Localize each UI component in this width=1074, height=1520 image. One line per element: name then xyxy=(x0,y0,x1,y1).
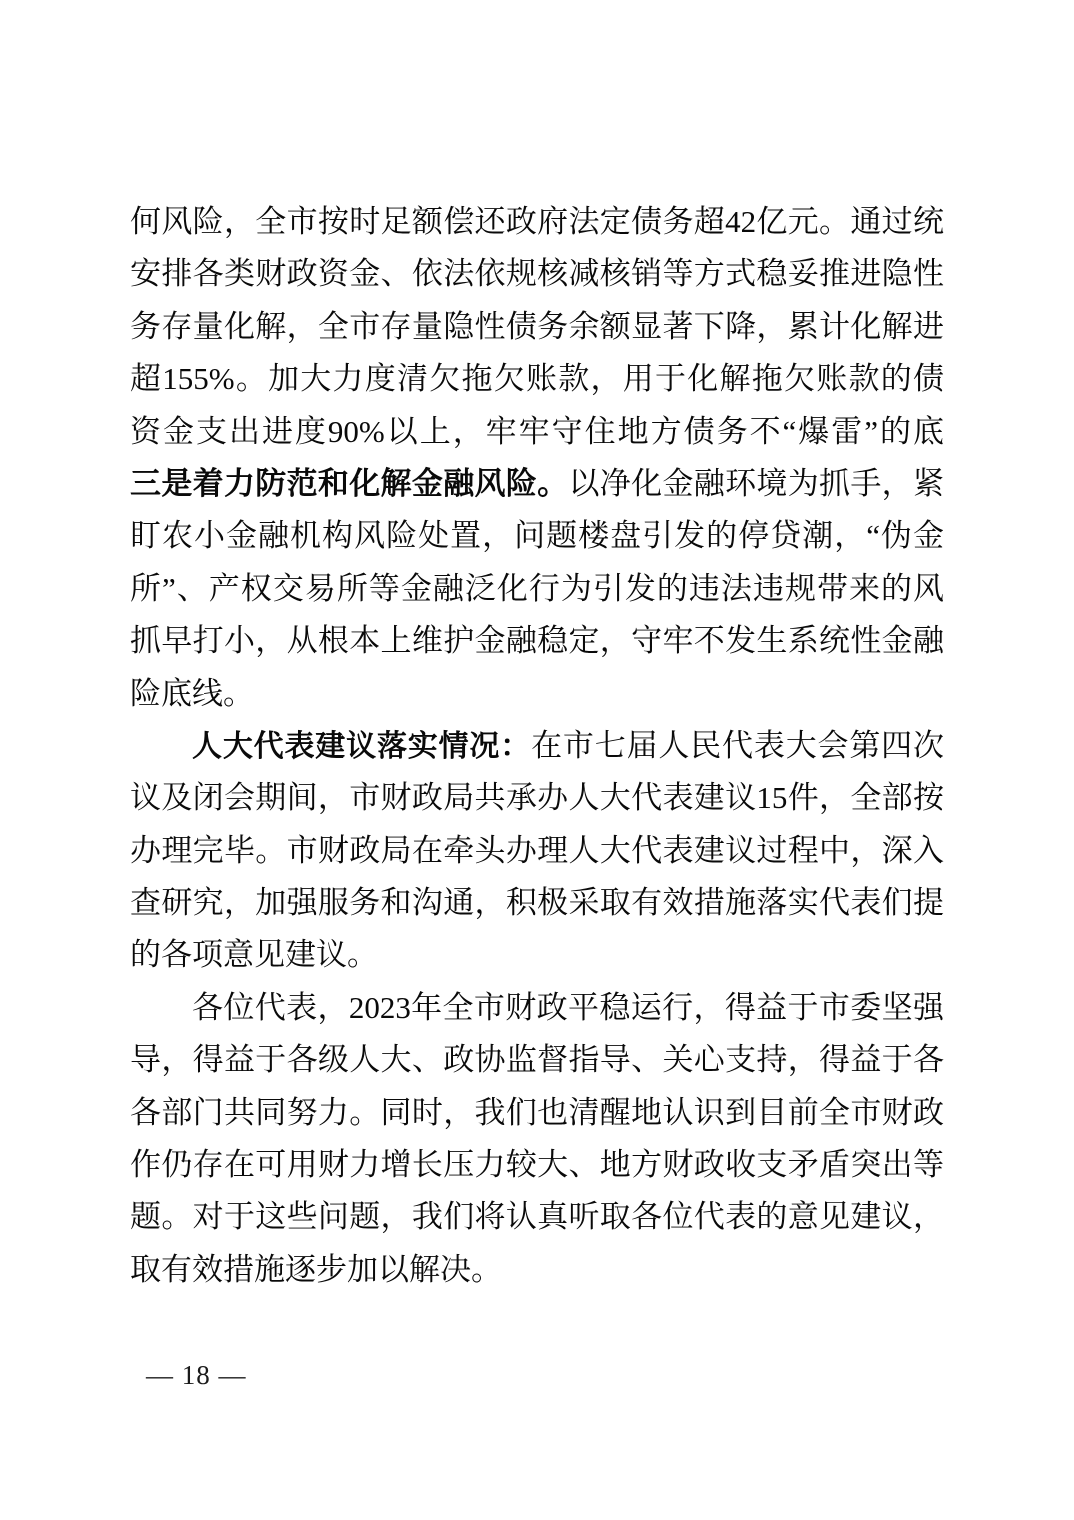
text-segment: 抓早打小，从根本上维护金融稳定，守牢不发生系统性金融风 xyxy=(130,623,944,667)
text-line: 三是着力防范和化解金融风险。以净化金融环境为抓手，紧 xyxy=(130,458,944,510)
text-segment: 各位代表，2023年全市财政平稳运行，得益于市委坚强领 xyxy=(192,990,944,1034)
document-page: 何风险，全市按时足额偿还政府法定债务超42亿元。通过统筹 安排各类财政资金、依法… xyxy=(0,0,1074,1520)
text-segment: 超155%。加大力度清欠拖欠账款，用于化解拖欠账款的债券 xyxy=(130,361,944,405)
bold-section-heading: 人大代表建议落实情况： xyxy=(192,730,531,763)
text-segment: 导，得益于各级人大、政协监督指导、关心支持，得益于各级 xyxy=(130,1042,944,1086)
text-segment: 何风险，全市按时足额偿还政府法定债务超42亿元。通过统筹 xyxy=(130,204,944,248)
text-segment: 所”、产权交易所等金融泛化行为引发的违法违规带来的风险， xyxy=(130,571,944,615)
text-segment: 务存量化解，全市存量隐性债务余额显著下降，累计化解进度 xyxy=(130,309,944,353)
text-line: 导，得益于各级人大、政协监督指导、关心支持，得益于各级 xyxy=(130,1034,944,1086)
text-segment: 题。对于这些问题，我们将认真听取各位代表的意见建议，采 xyxy=(130,1199,944,1243)
text-line: 抓早打小，从根本上维护金融稳定，守牢不发生系统性金融风 xyxy=(130,615,944,667)
text-line: 资金支出进度90%以上，牢牢守住地方债务不“爆雷”的底线。 xyxy=(130,406,944,458)
text-line: 安排各类财政资金、依法依规核减核销等方式稳妥推进隐性债 xyxy=(130,248,944,300)
text-segment: 查研究，加强服务和沟通，积极采取有效措施落实代表们提出 xyxy=(130,885,944,929)
text-line: 的各项意见建议。 xyxy=(130,929,944,981)
text-segment: 作仍存在可用财力增长压力较大、地方财政收支矛盾突出等问 xyxy=(130,1147,944,1191)
page-number: — 18 — xyxy=(146,1360,247,1391)
text-line: 题。对于这些问题，我们将认真听取各位代表的意见建议，采 xyxy=(130,1191,944,1243)
text-line: 盯农小金融机构风险处置，问题楼盘引发的停贷潮，“伪金交 xyxy=(130,510,944,562)
text-line: 何风险，全市按时足额偿还政府法定债务超42亿元。通过统筹 xyxy=(130,196,944,248)
text-segment: 办理完毕。市财政局在牵头办理人大代表建议过程中，深入调 xyxy=(130,833,944,877)
text-segment: 安排各类财政资金、依法依规核减核销等方式稳妥推进隐性债 xyxy=(130,256,944,300)
text-line: 超155%。加大力度清欠拖欠账款，用于化解拖欠账款的债券 xyxy=(130,353,944,405)
text-segment: 议及闭会期间，市财政局共承办人大代表建议15件，全部按时 xyxy=(130,780,944,824)
text-segment: 资金支出进度90%以上，牢牢守住地方债务不“爆雷”的底线。 xyxy=(130,414,944,458)
text-line: 作仍存在可用财力增长压力较大、地方财政收支矛盾突出等问 xyxy=(130,1139,944,1191)
text-line: 议及闭会期间，市财政局共承办人大代表建议15件，全部按时 xyxy=(130,772,944,824)
text-segment: 各部门共同努力。同时，我们也清醒地认识到目前全市财政工 xyxy=(130,1095,944,1139)
text-line: 各位代表，2023年全市财政平稳运行，得益于市委坚强领 xyxy=(130,982,944,1034)
bold-subheading: 三是着力防范和化解金融风险。 xyxy=(130,466,568,501)
text-line: 所”、产权交易所等金融泛化行为引发的违法违规带来的风险， xyxy=(130,563,944,615)
text-segment: 盯农小金融机构风险处置，问题楼盘引发的停贷潮，“伪金交 xyxy=(130,518,944,562)
text-line: 各部门共同努力。同时，我们也清醒地认识到目前全市财政工 xyxy=(130,1087,944,1139)
body-text: 何风险，全市按时足额偿还政府法定债务超42亿元。通过统筹 安排各类财政资金、依法… xyxy=(130,196,944,1296)
text-line: 险底线。 xyxy=(130,668,944,720)
text-line: 取有效措施逐步加以解决。 xyxy=(130,1244,944,1296)
text-line: 查研究，加强服务和沟通，积极采取有效措施落实代表们提出 xyxy=(130,877,944,929)
text-segment: 险底线。 xyxy=(130,676,254,711)
text-segment: 的各项意见建议。 xyxy=(130,937,378,972)
text-segment: 取有效措施逐步加以解决。 xyxy=(130,1252,502,1287)
text-segment: 以净化金融环境为抓手，紧 xyxy=(568,466,944,501)
text-line: 人大代表建议落实情况：在市七届人民代表大会第四次会 xyxy=(130,720,944,772)
text-line: 务存量化解，全市存量隐性债务余额显著下降，累计化解进度 xyxy=(130,301,944,353)
text-line: 办理完毕。市财政局在牵头办理人大代表建议过程中，深入调 xyxy=(130,825,944,877)
